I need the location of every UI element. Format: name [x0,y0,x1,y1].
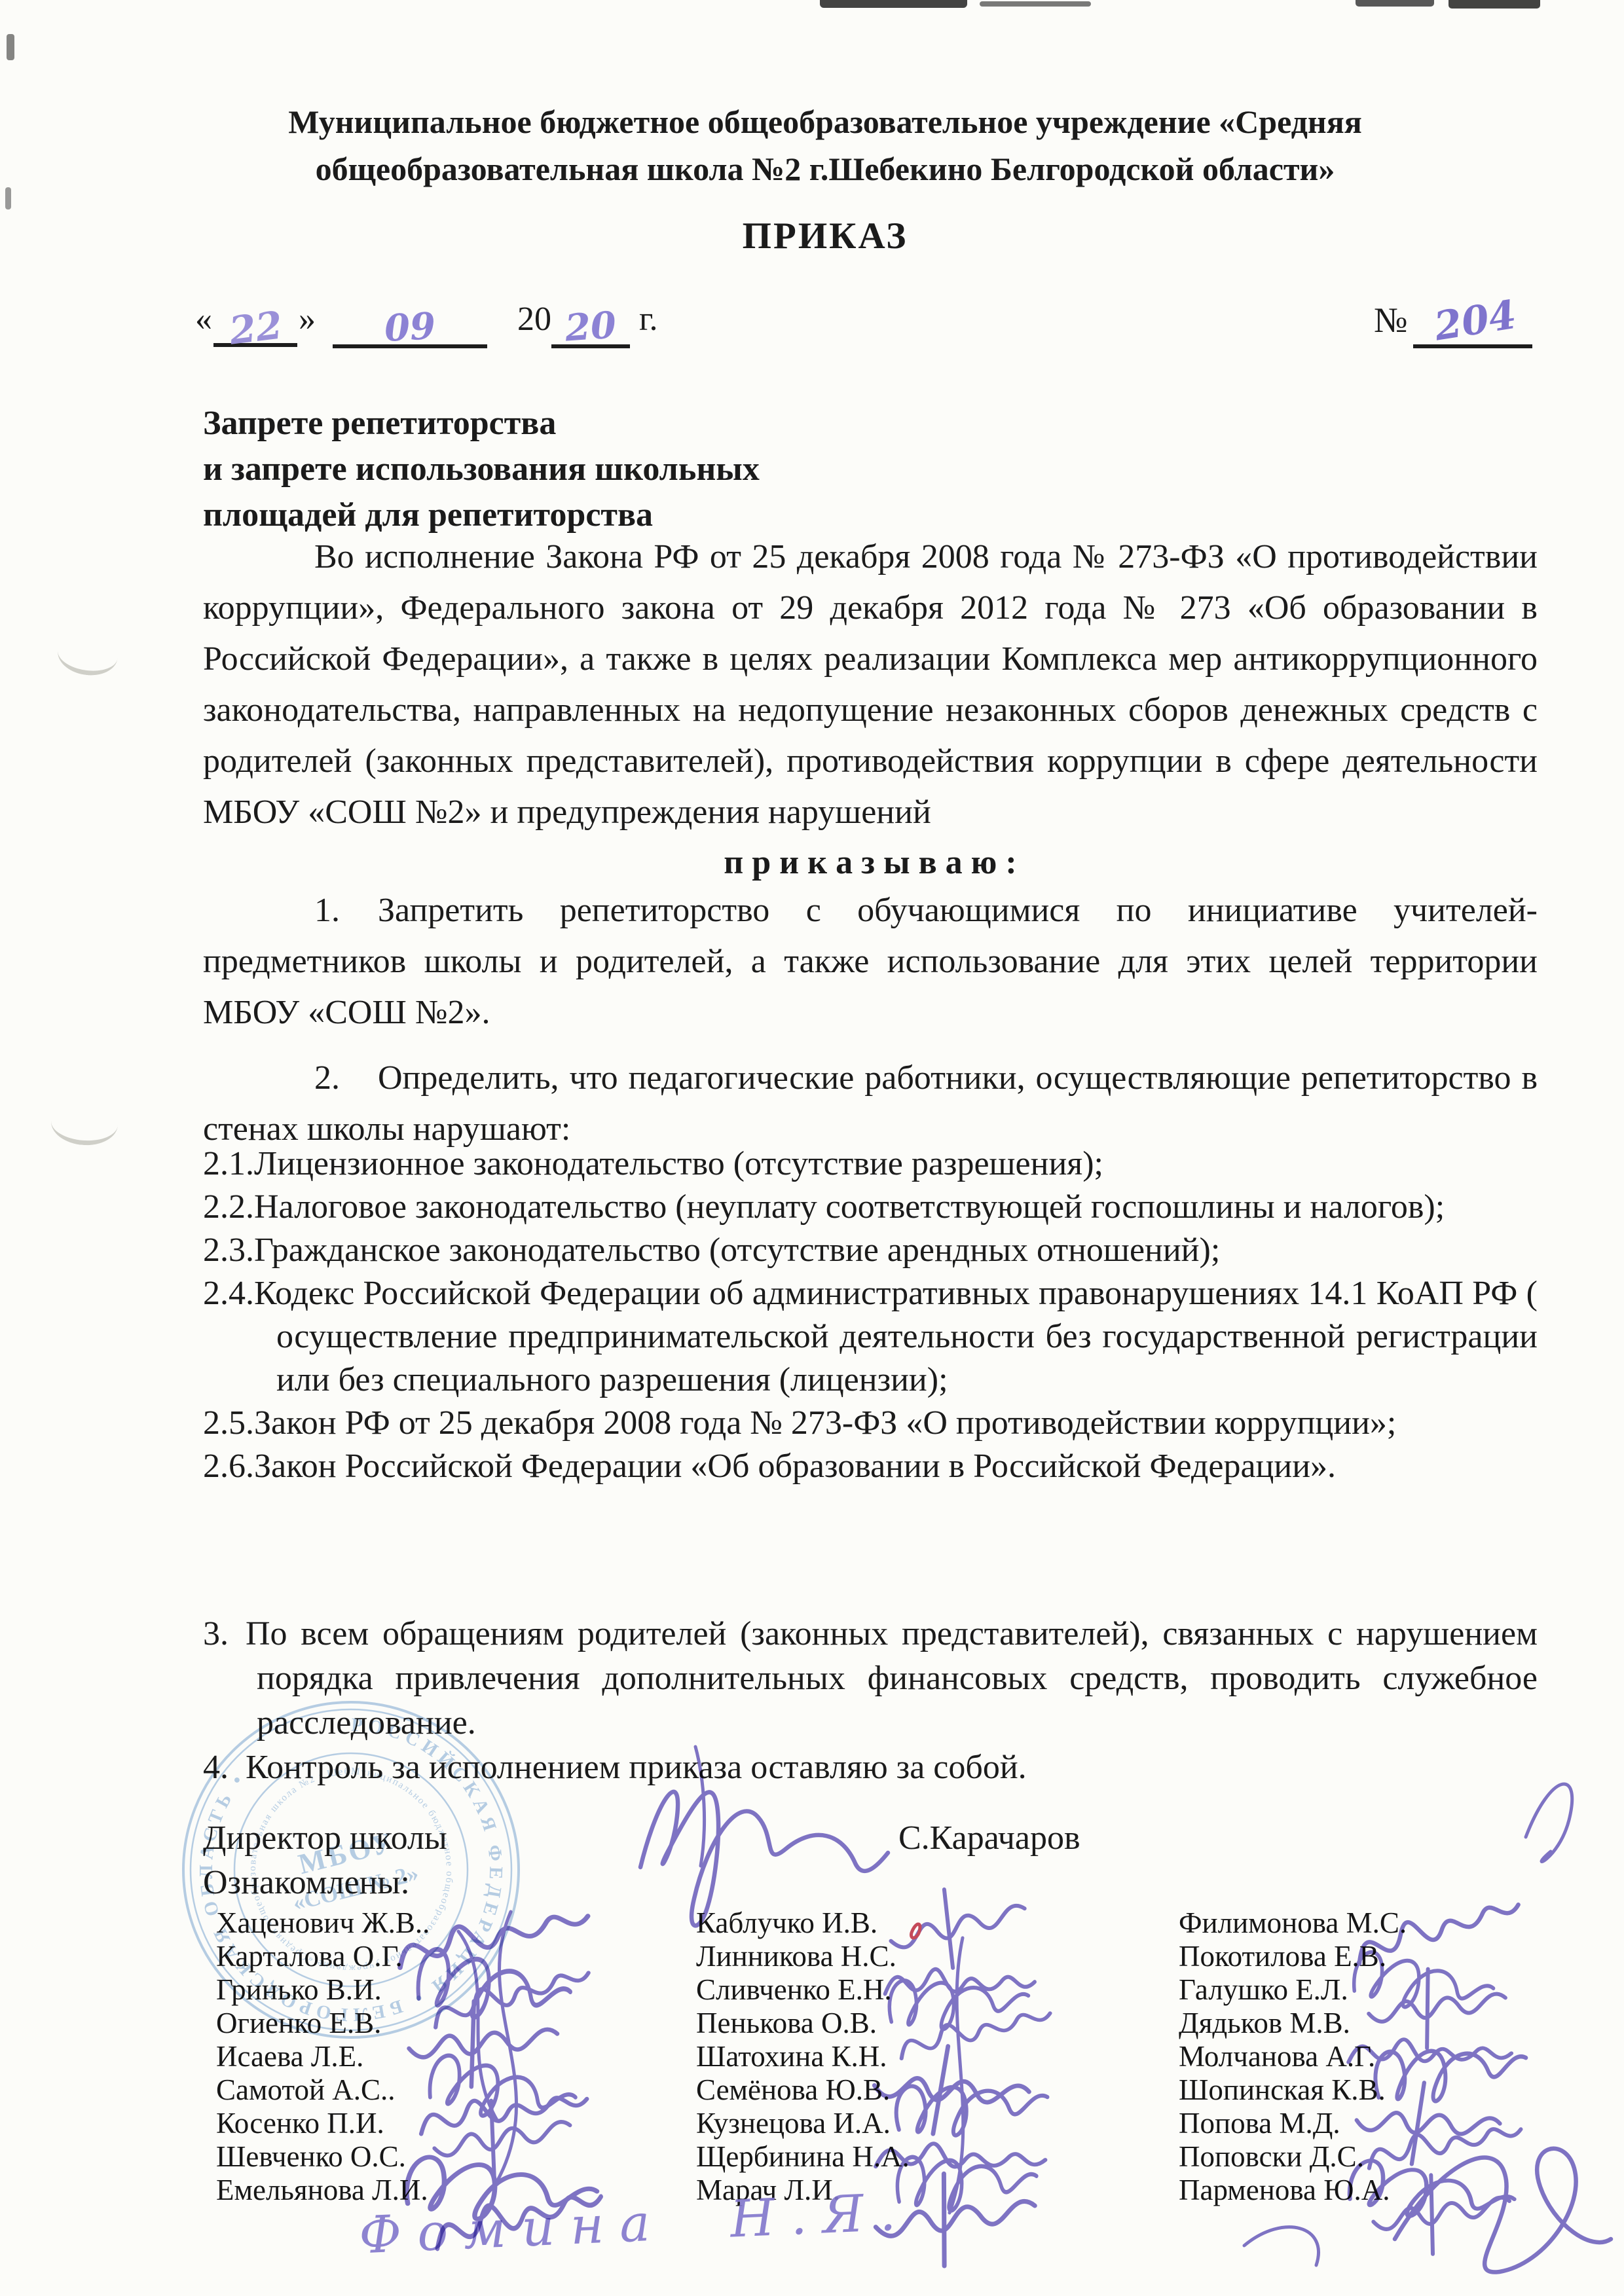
bottom-flourish-signature [1395,2149,1611,2272]
director-signature-stroke [695,1747,705,1866]
ink-signatures-layer [0,0,1624,2296]
scanned-order-page: Муниципальное бюджетное общеобразователь… [0,0,1624,2296]
red-ink-mark [911,1924,919,1938]
director-signature [640,1792,888,1925]
